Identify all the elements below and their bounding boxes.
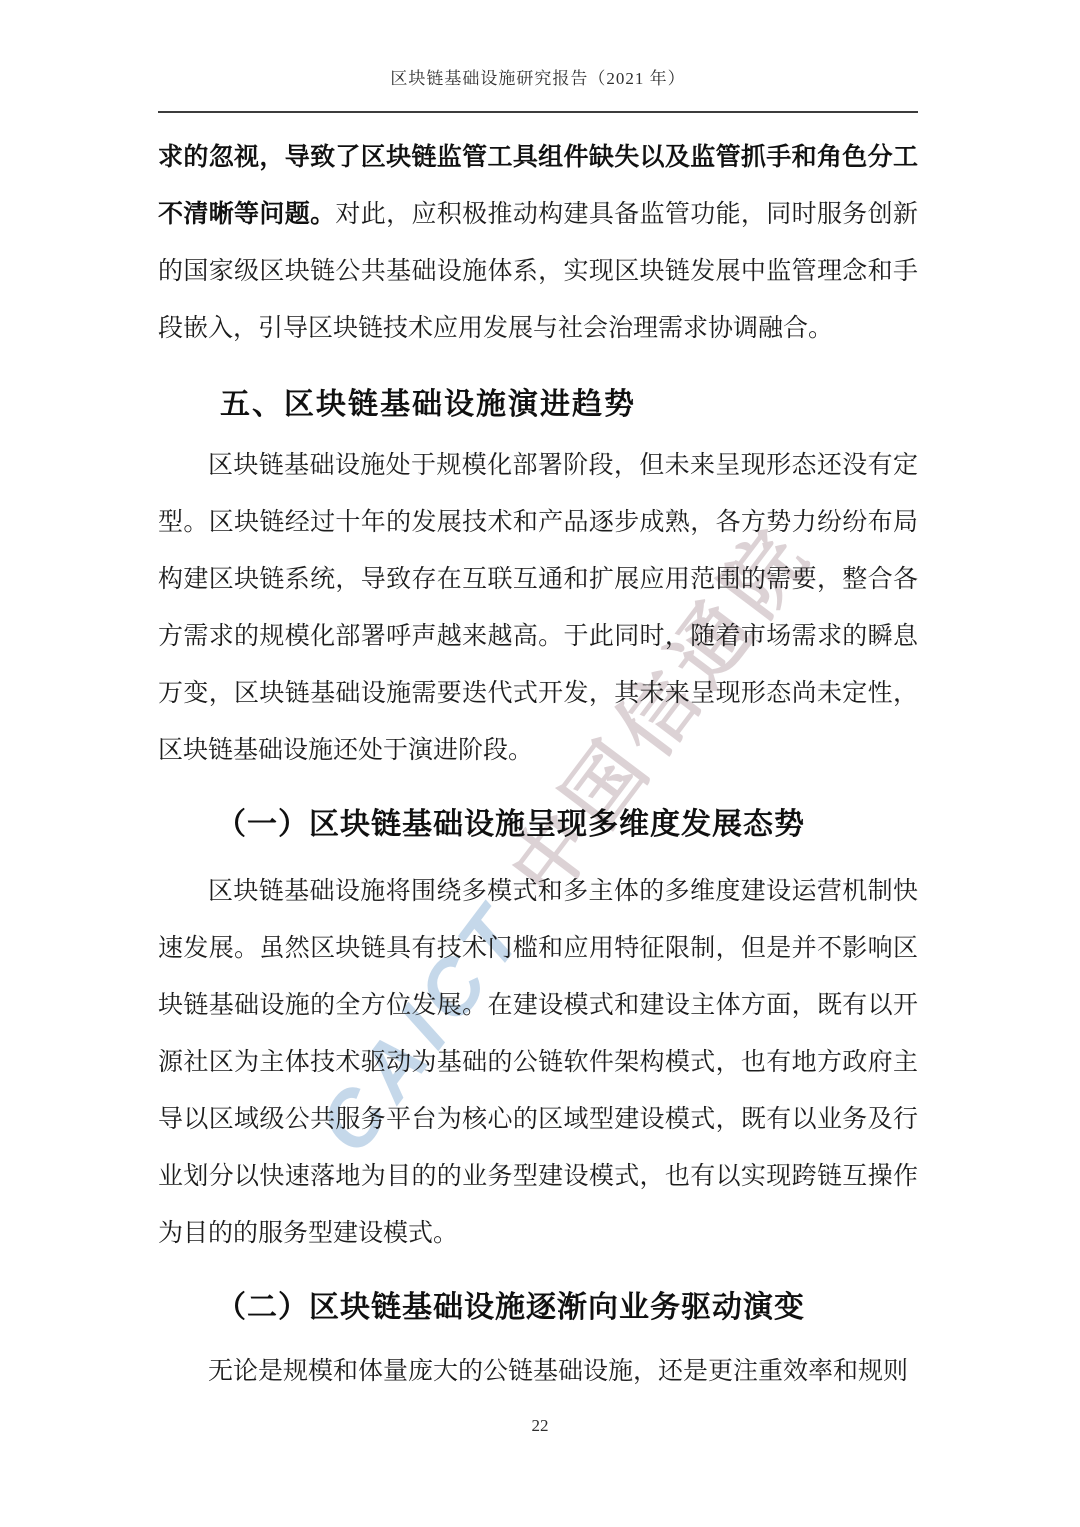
document-page: CAICT 中国信通院 区块链基础设施研究报告（2021 年） 求的忽视，导致了… (0, 0, 1080, 1527)
subsection-heading-multidimensional: （一）区块链基础设施呈现多维度发展态势 (158, 805, 918, 845)
section-heading-evolution-trends: 五、区块链基础设施演进趋势 (158, 385, 918, 425)
document-body: 求的忽视，导致了区块链监管工具组件缺失以及监管抓手和角色分工不清晰等问题。对此，… (158, 129, 918, 1400)
paragraph-business-driven: 无论是规模和体量庞大的公链基础设施，还是更注重效率和规则 (158, 1343, 918, 1400)
paragraph-multidimensional: 区块链基础设施将围绕多模式和多主体的多维度建设运营机制快速发展。虽然区块链具有技… (158, 863, 918, 1262)
paragraph-deployment-stage: 区块链基础设施处于规模化部署阶段，但未来呈现形态还没有定型。区块链经过十年的发展… (158, 437, 918, 779)
running-header-title: 区块链基础设施研究报告（2021 年） (390, 69, 685, 88)
subsection-heading-business-driven: （二）区块链基础设施逐渐向业务驱动演变 (158, 1288, 918, 1328)
page-footer: 22 (0, 1414, 1080, 1438)
paragraph-regulation: 求的忽视，导致了区块链监管工具组件缺失以及监管抓手和角色分工不清晰等问题。对此，… (158, 129, 918, 357)
page-header: 区块链基础设施研究报告（2021 年） (158, 0, 918, 113)
page-number: 22 (532, 1416, 549, 1435)
